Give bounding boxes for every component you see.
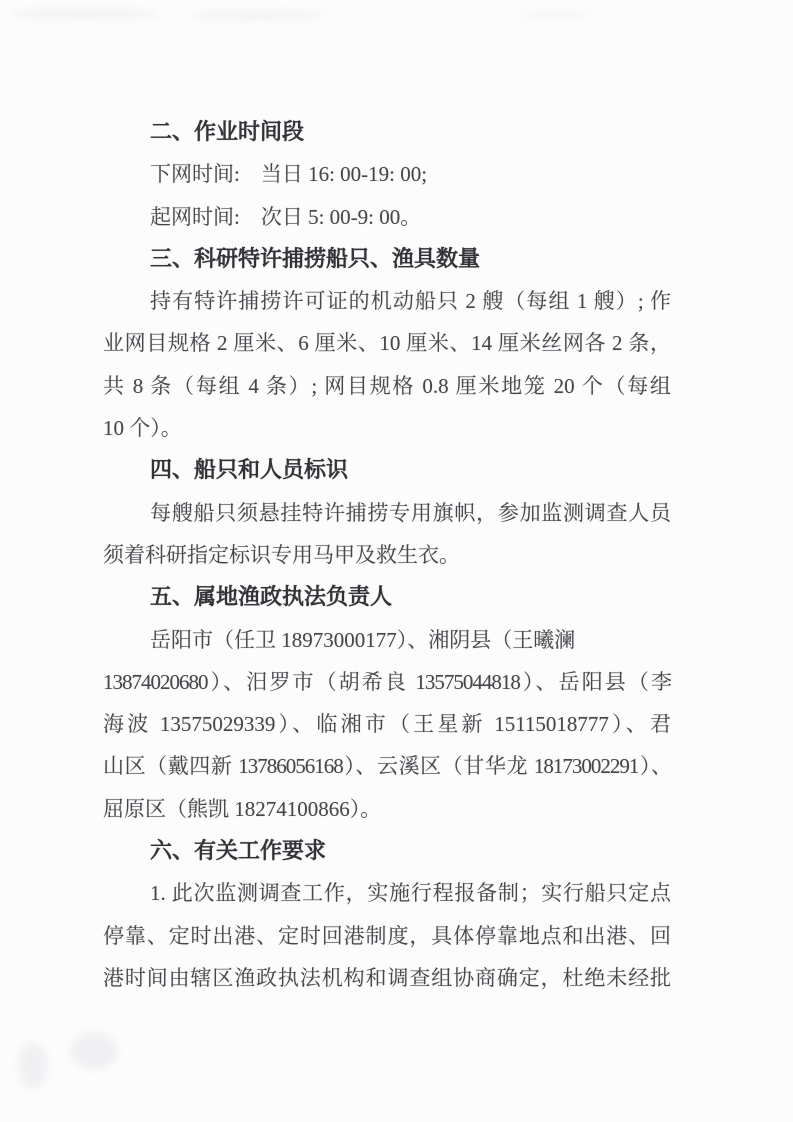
text-line: 停靠、定时出港、定时回港制度，具体停靠地点和出港、回	[103, 915, 671, 957]
scan-smudge-bottom-2	[70, 1032, 118, 1070]
section-heading: 五、属地渔政执法负责人	[103, 576, 671, 618]
text-line: 共 8 条（每组 4 条）; 网目规格 0.8 厘米地笼 20 个（每组	[103, 365, 671, 407]
document-text: 二、作业时间段下网时间: 当日 16: 00-19: 00;起网时间: 次日 5…	[103, 111, 671, 999]
section-heading: 二、作业时间段	[103, 111, 671, 153]
document-page: 二、作业时间段下网时间: 当日 16: 00-19: 00;起网时间: 次日 5…	[0, 0, 793, 1122]
text-line: 13874020680）、汨罗市（胡希良 13575044818）、岳阳县（李	[103, 661, 671, 703]
scan-smudge-top-mid	[190, 11, 325, 19]
text-line: 10 个）。	[103, 407, 671, 449]
scan-smudge-bottom-1	[18, 1042, 48, 1090]
text-line: 每艘船只须悬挂特许捕捞专用旗帜，参加监测调查人员	[103, 492, 671, 534]
text-line: 持有特许捕捞许可证的机动船只 2 艘（每组 1 艘）; 作	[103, 280, 671, 322]
text-line: 港时间由辖区渔政执法机构和调查组协商确定，杜绝未经批	[103, 957, 671, 999]
section-heading: 四、船只和人员标识	[103, 449, 671, 491]
text-line: 山区（戴四新 13786056168）、云溪区（甘华龙 18173002291）…	[103, 745, 671, 787]
scan-smudge-top-right	[520, 12, 590, 18]
text-line: 海波 13575029339）、临湘市（王星新 15115018777）、君	[103, 703, 671, 745]
scan-smudge-top-left	[10, 9, 160, 18]
text-line: 屈原区（熊凯 18274100866）。	[103, 788, 671, 830]
text-line: 1. 此次监测调查工作，实施行程报备制；实行船只定点	[103, 872, 671, 914]
section-heading: 三、科研特许捕捞船只、渔具数量	[103, 238, 671, 280]
text-line: 岳阳市（任卫 18973000177）、湘阴县（王曦澜	[103, 619, 671, 661]
text-line: 业网目规格 2 厘米、6 厘米、10 厘米、14 厘米丝网各 2 条，	[103, 322, 671, 364]
text-line: 下网时间: 当日 16: 00-19: 00;	[103, 153, 671, 195]
section-heading: 六、有关工作要求	[103, 830, 671, 872]
text-line: 起网时间: 次日 5: 00-9: 00。	[103, 196, 671, 238]
text-line: 须着科研指定标识专用马甲及救生衣。	[103, 534, 671, 576]
